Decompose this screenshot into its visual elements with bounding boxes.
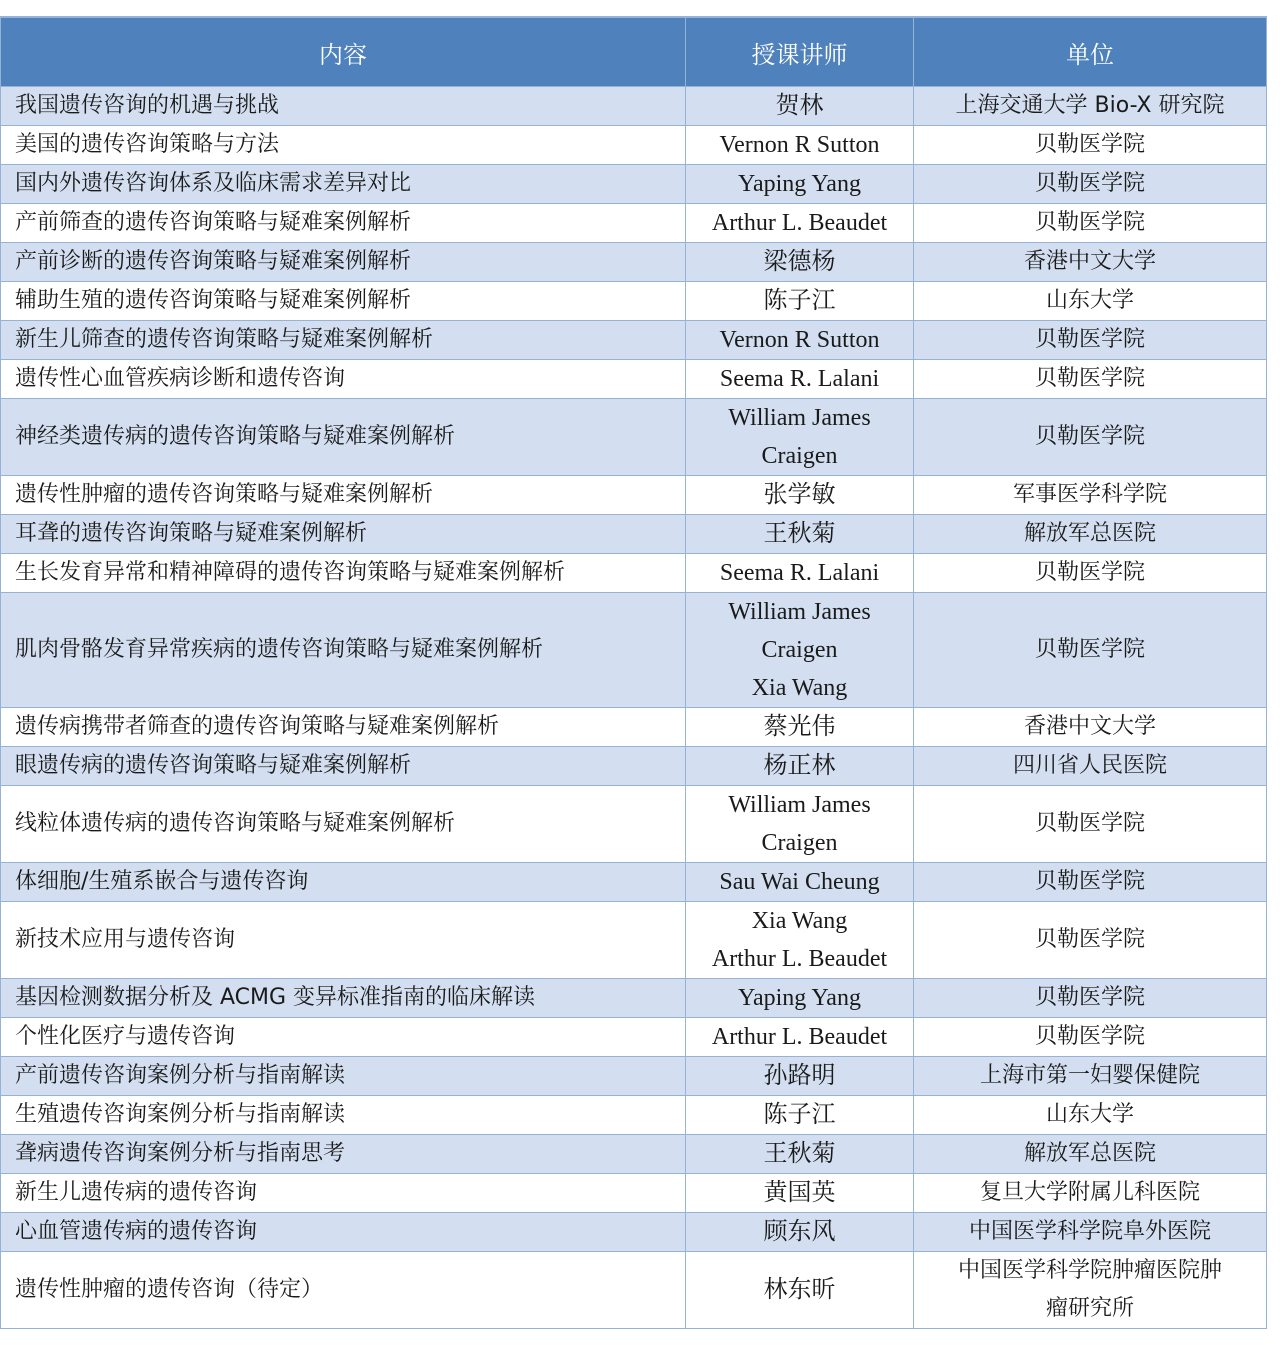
organization-cell: 山东大学 [914, 282, 1267, 321]
table-row: 耳聋的遗传咨询策略与疑难案例解析王秋菊解放军总医院 [1, 515, 1267, 554]
topic-cell: 国内外遗传咨询体系及临床需求差异对比 [1, 165, 686, 204]
organization-name: 山东大学 [914, 1096, 1266, 1134]
lecturer-cell: 贺林 [686, 87, 914, 126]
lecturer-cell: Yaping Yang [686, 979, 914, 1018]
organization-name: 四川省人民医院 [914, 747, 1266, 785]
organization-name: 山东大学 [914, 282, 1266, 320]
topic-cell: 产前诊断的遗传咨询策略与疑难案例解析 [1, 243, 686, 282]
organization-name: 贝勒医学院 [914, 979, 1266, 1017]
lecturer-name: 顾东风 [686, 1213, 913, 1251]
lecturer-name: William James [686, 399, 913, 437]
lecturer-name: 黄国英 [686, 1174, 913, 1212]
topic-cell: 聋病遗传咨询案例分析与指南思考 [1, 1135, 686, 1174]
table-row: 肌肉骨骼发育异常疾病的遗传咨询策略与疑难案例解析William JamesCra… [1, 593, 1267, 708]
lecturer-name: Vernon R Sutton [686, 126, 913, 164]
organization-cell: 复旦大学附属儿科医院 [914, 1174, 1267, 1213]
lecturer-name: 杨正林 [686, 747, 913, 785]
header-row: 内容 授课讲师 单位 [1, 17, 1267, 87]
organization-name: 瘤研究所 [914, 1290, 1266, 1328]
lecturer-cell: Sau Wai Cheung [686, 863, 914, 902]
organization-cell: 香港中文大学 [914, 243, 1267, 282]
lecturer-cell: 陈子江 [686, 1096, 914, 1135]
organization-name: 复旦大学附属儿科医院 [914, 1174, 1266, 1212]
table-row: 产前筛查的遗传咨询策略与疑难案例解析Arthur L. Beaudet贝勒医学院 [1, 204, 1267, 243]
lecturer-name: Xia Wang [686, 902, 913, 940]
topic-cell: 生长发育异常和精神障碍的遗传咨询策略与疑难案例解析 [1, 554, 686, 593]
lecturer-name: Seema R. Lalani [686, 554, 913, 592]
lecturer-name: Craigen [686, 824, 913, 862]
topic-cell: 我国遗传咨询的机遇与挑战 [1, 87, 686, 126]
organization-name: 香港中文大学 [914, 708, 1266, 746]
organization-name: 解放军总医院 [914, 515, 1266, 553]
lecturer-cell: 陈子江 [686, 282, 914, 321]
topic-cell: 生殖遗传咨询案例分析与指南解读 [1, 1096, 686, 1135]
lecturer-name: Craigen [686, 631, 913, 669]
table-row: 神经类遗传病的遗传咨询策略与疑难案例解析William JamesCraigen… [1, 399, 1267, 476]
table-row: 基因检测数据分析及 ACMG 变异标准指南的临床解读Yaping Yang贝勒医… [1, 979, 1267, 1018]
topic-cell: 美国的遗传咨询策略与方法 [1, 126, 686, 165]
organization-cell: 解放军总医院 [914, 1135, 1267, 1174]
lecturer-name: Craigen [686, 437, 913, 475]
lecturer-cell: 梁德杨 [686, 243, 914, 282]
lecturer-name: William James [686, 593, 913, 631]
organization-cell: 贝勒医学院 [914, 1018, 1267, 1057]
table-row: 眼遗传病的遗传咨询策略与疑难案例解析杨正林四川省人民医院 [1, 747, 1267, 786]
organization-name: 贝勒医学院 [914, 921, 1266, 959]
organization-name: 贝勒医学院 [914, 631, 1266, 669]
organization-cell: 贝勒医学院 [914, 321, 1267, 360]
table-row: 线粒体遗传病的遗传咨询策略与疑难案例解析William JamesCraigen… [1, 786, 1267, 863]
organization-name: 贝勒医学院 [914, 165, 1266, 203]
topic-cell: 遗传性心血管疾病诊断和遗传咨询 [1, 360, 686, 399]
organization-cell: 贝勒医学院 [914, 902, 1267, 979]
table-row: 辅助生殖的遗传咨询策略与疑难案例解析陈子江山东大学 [1, 282, 1267, 321]
organization-cell: 贝勒医学院 [914, 863, 1267, 902]
organization-cell: 贝勒医学院 [914, 554, 1267, 593]
table-row: 遗传性肿瘤的遗传咨询策略与疑难案例解析张学敏军事医学科学院 [1, 476, 1267, 515]
table-row: 新生儿筛查的遗传咨询策略与疑难案例解析Vernon R Sutton贝勒医学院 [1, 321, 1267, 360]
table-row: 国内外遗传咨询体系及临床需求差异对比Yaping Yang贝勒医学院 [1, 165, 1267, 204]
lecturer-cell: 王秋菊 [686, 515, 914, 554]
topic-cell: 神经类遗传病的遗传咨询策略与疑难案例解析 [1, 399, 686, 476]
organization-name: 贝勒医学院 [914, 418, 1266, 456]
organization-name: 贝勒医学院 [914, 554, 1266, 592]
topic-cell: 遗传性肿瘤的遗传咨询策略与疑难案例解析 [1, 476, 686, 515]
organization-cell: 贝勒医学院 [914, 593, 1267, 708]
organization-cell: 解放军总医院 [914, 515, 1267, 554]
topic-cell: 新生儿筛查的遗传咨询策略与疑难案例解析 [1, 321, 686, 360]
table-row: 生长发育异常和精神障碍的遗传咨询策略与疑难案例解析Seema R. Lalani… [1, 554, 1267, 593]
topic-cell: 心血管遗传病的遗传咨询 [1, 1213, 686, 1252]
header-topic: 内容 [1, 17, 686, 87]
lecturer-cell: 张学敏 [686, 476, 914, 515]
topic-cell: 产前筛查的遗传咨询策略与疑难案例解析 [1, 204, 686, 243]
lecturer-name: 张学敏 [686, 476, 913, 514]
organization-name: 上海交通大学 Bio-X 研究院 [914, 87, 1266, 125]
table-row: 新技术应用与遗传咨询Xia WangArthur L. Beaudet贝勒医学院 [1, 902, 1267, 979]
organization-cell: 贝勒医学院 [914, 165, 1267, 204]
lecturer-name: 林东昕 [686, 1271, 913, 1309]
topic-cell: 辅助生殖的遗传咨询策略与疑难案例解析 [1, 282, 686, 321]
organization-cell: 中国医学科学院阜外医院 [914, 1213, 1267, 1252]
organization-cell: 贝勒医学院 [914, 399, 1267, 476]
header-lecturer: 授课讲师 [686, 17, 914, 87]
topic-cell: 眼遗传病的遗传咨询策略与疑难案例解析 [1, 747, 686, 786]
table-row: 生殖遗传咨询案例分析与指南解读陈子江山东大学 [1, 1096, 1267, 1135]
table-row: 聋病遗传咨询案例分析与指南思考王秋菊解放军总医院 [1, 1135, 1267, 1174]
lecturer-cell: Seema R. Lalani [686, 360, 914, 399]
lecturer-cell: Arthur L. Beaudet [686, 204, 914, 243]
lecturer-name: Yaping Yang [686, 165, 913, 203]
lecturer-name: William James [686, 786, 913, 824]
organization-cell: 贝勒医学院 [914, 360, 1267, 399]
organization-name: 贝勒医学院 [914, 1018, 1266, 1056]
topic-cell: 遗传病携带者筛查的遗传咨询策略与疑难案例解析 [1, 708, 686, 747]
table-row: 我国遗传咨询的机遇与挑战贺林上海交通大学 Bio-X 研究院 [1, 87, 1267, 126]
organization-name: 中国医学科学院肿瘤医院肿 [914, 1252, 1266, 1290]
topic-cell: 新技术应用与遗传咨询 [1, 902, 686, 979]
organization-cell: 贝勒医学院 [914, 786, 1267, 863]
lecturer-cell: Seema R. Lalani [686, 554, 914, 593]
topic-cell: 遗传性肿瘤的遗传咨询（待定） [1, 1252, 686, 1329]
lecturer-name: 孙路明 [686, 1057, 913, 1095]
lecturer-cell: 蔡光伟 [686, 708, 914, 747]
table-row: 产前诊断的遗传咨询策略与疑难案例解析梁德杨香港中文大学 [1, 243, 1267, 282]
lecturer-name: Seema R. Lalani [686, 360, 913, 398]
organization-cell: 上海市第一妇婴保健院 [914, 1057, 1267, 1096]
lecturer-name: Yaping Yang [686, 979, 913, 1017]
organization-cell: 香港中文大学 [914, 708, 1267, 747]
organization-name: 贝勒医学院 [914, 863, 1266, 901]
lecturer-name: Sau Wai Cheung [686, 863, 913, 901]
lecturer-cell: William JamesCraigenXia Wang [686, 593, 914, 708]
topic-cell: 耳聋的遗传咨询策略与疑难案例解析 [1, 515, 686, 554]
organization-cell: 军事医学科学院 [914, 476, 1267, 515]
lecturer-cell: 王秋菊 [686, 1135, 914, 1174]
organization-name: 贝勒医学院 [914, 321, 1266, 359]
organization-name: 上海市第一妇婴保健院 [914, 1057, 1266, 1095]
organization-cell: 四川省人民医院 [914, 747, 1267, 786]
lecturer-name: 陈子江 [686, 282, 913, 320]
table-row: 个性化医疗与遗传咨询Arthur L. Beaudet贝勒医学院 [1, 1018, 1267, 1057]
organization-name: 贝勒医学院 [914, 204, 1266, 242]
organization-cell: 贝勒医学院 [914, 979, 1267, 1018]
topic-cell: 肌肉骨骼发育异常疾病的遗传咨询策略与疑难案例解析 [1, 593, 686, 708]
header-organization: 单位 [914, 17, 1267, 87]
lecturer-name: Arthur L. Beaudet [686, 940, 913, 978]
lecturer-name: 贺林 [686, 87, 913, 125]
topic-cell: 基因检测数据分析及 ACMG 变异标准指南的临床解读 [1, 979, 686, 1018]
lecturer-cell: 黄国英 [686, 1174, 914, 1213]
lecturer-cell: Vernon R Sutton [686, 126, 914, 165]
table-row: 体细胞/生殖系嵌合与遗传咨询Sau Wai Cheung贝勒医学院 [1, 863, 1267, 902]
organization-cell: 贝勒医学院 [914, 126, 1267, 165]
lecturer-cell: 杨正林 [686, 747, 914, 786]
lecturer-name: 陈子江 [686, 1096, 913, 1134]
organization-name: 军事医学科学院 [914, 476, 1266, 514]
organization-name: 贝勒医学院 [914, 360, 1266, 398]
topic-cell: 线粒体遗传病的遗传咨询策略与疑难案例解析 [1, 786, 686, 863]
organization-name: 中国医学科学院阜外医院 [914, 1213, 1266, 1251]
lecturer-cell: Xia WangArthur L. Beaudet [686, 902, 914, 979]
lecturer-cell: Vernon R Sutton [686, 321, 914, 360]
lecturer-cell: William JamesCraigen [686, 399, 914, 476]
lecturer-name: Arthur L. Beaudet [686, 204, 913, 242]
lecturer-cell: William JamesCraigen [686, 786, 914, 863]
organization-name: 解放军总医院 [914, 1135, 1266, 1173]
lecturer-name: Arthur L. Beaudet [686, 1018, 913, 1056]
table-row: 心血管遗传病的遗传咨询顾东风中国医学科学院阜外医院 [1, 1213, 1267, 1252]
lecturer-name: 梁德杨 [686, 243, 913, 281]
table-row: 产前遗传咨询案例分析与指南解读孙路明上海市第一妇婴保健院 [1, 1057, 1267, 1096]
lecturer-name: Xia Wang [686, 669, 913, 707]
topic-cell: 新生儿遗传病的遗传咨询 [1, 1174, 686, 1213]
course-schedule-table: 内容 授课讲师 单位 我国遗传咨询的机遇与挑战贺林上海交通大学 Bio-X 研究… [0, 16, 1267, 1329]
table-row: 遗传病携带者筛查的遗传咨询策略与疑难案例解析蔡光伟香港中文大学 [1, 708, 1267, 747]
lecturer-cell: 孙路明 [686, 1057, 914, 1096]
lecturer-name: 王秋菊 [686, 515, 913, 553]
lecturer-cell: Arthur L. Beaudet [686, 1018, 914, 1057]
organization-name: 贝勒医学院 [914, 805, 1266, 843]
lecturer-name: 王秋菊 [686, 1135, 913, 1173]
organization-name: 香港中文大学 [914, 243, 1266, 281]
table-row: 遗传性肿瘤的遗传咨询（待定）林东昕中国医学科学院肿瘤医院肿瘤研究所 [1, 1252, 1267, 1329]
table-body: 我国遗传咨询的机遇与挑战贺林上海交通大学 Bio-X 研究院美国的遗传咨询策略与… [1, 87, 1267, 1329]
table-row: 遗传性心血管疾病诊断和遗传咨询Seema R. Lalani贝勒医学院 [1, 360, 1267, 399]
organization-cell: 中国医学科学院肿瘤医院肿瘤研究所 [914, 1252, 1267, 1329]
organization-name: 贝勒医学院 [914, 126, 1266, 164]
topic-cell: 产前遗传咨询案例分析与指南解读 [1, 1057, 686, 1096]
lecturer-cell: Yaping Yang [686, 165, 914, 204]
lecturer-cell: 林东昕 [686, 1252, 914, 1329]
organization-cell: 贝勒医学院 [914, 204, 1267, 243]
topic-cell: 个性化医疗与遗传咨询 [1, 1018, 686, 1057]
topic-cell: 体细胞/生殖系嵌合与遗传咨询 [1, 863, 686, 902]
table-row: 美国的遗传咨询策略与方法Vernon R Sutton贝勒医学院 [1, 126, 1267, 165]
lecturer-name: Vernon R Sutton [686, 321, 913, 359]
lecturer-name: 蔡光伟 [686, 708, 913, 746]
table-row: 新生儿遗传病的遗传咨询黄国英复旦大学附属儿科医院 [1, 1174, 1267, 1213]
organization-cell: 上海交通大学 Bio-X 研究院 [914, 87, 1267, 126]
lecturer-cell: 顾东风 [686, 1213, 914, 1252]
organization-cell: 山东大学 [914, 1096, 1267, 1135]
